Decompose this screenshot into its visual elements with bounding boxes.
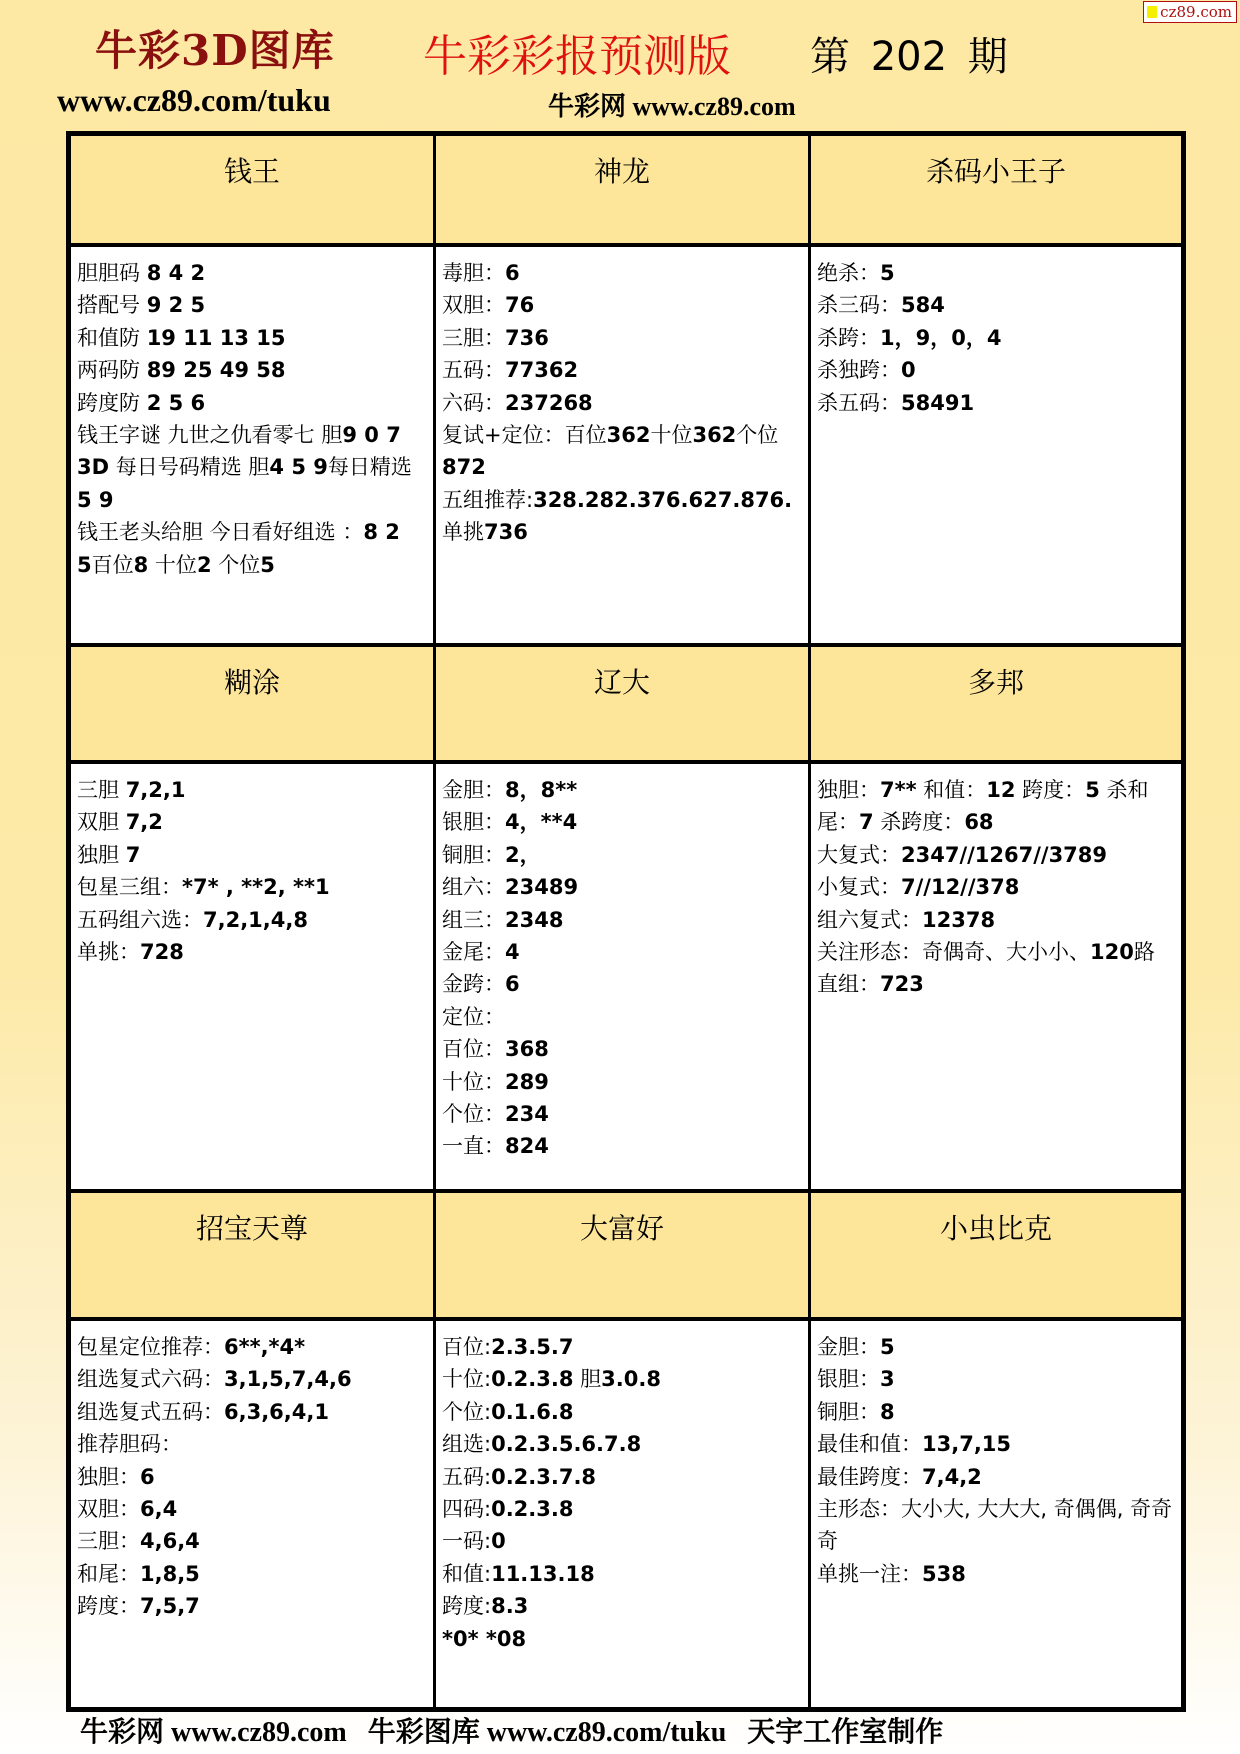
line-value: 12	[986, 778, 1015, 802]
brand-title: 牛彩3D图库	[95, 18, 335, 78]
line-value: 7//12//378	[901, 875, 1019, 899]
prediction-line: 最佳跨度：7,4,2	[817, 1461, 1175, 1493]
line-value: 2 5 6	[147, 391, 205, 415]
line-label: 双胆	[77, 810, 126, 834]
line-label: 单挑	[442, 520, 484, 544]
line-value: 6	[505, 972, 520, 996]
line-value: 76	[505, 293, 534, 317]
prediction-line: 三胆：4,6,4	[77, 1525, 427, 1557]
prediction-line: 搭配号 9 2 5	[77, 289, 427, 321]
line-label: 跨度：	[77, 1594, 140, 1618]
line-value: 584	[901, 293, 945, 317]
section-body: 三胆 7,2,1双胆 7,2独胆 7包星三组：*7* , **2, **1五码组…	[71, 764, 436, 1193]
prediction-line: 一直：824	[442, 1130, 802, 1162]
line-label: 大复式：	[817, 843, 901, 867]
line-value: 89 25 49 58	[147, 358, 286, 382]
prediction-line: 跨度防 2 5 6	[77, 387, 427, 419]
prediction-line: 和值:11.13.18	[442, 1558, 802, 1590]
line-label: 最佳跨度：	[817, 1465, 922, 1489]
prediction-line: 金尾：4	[442, 936, 802, 968]
line-value: 0.2.3.5.6.7.8	[491, 1432, 641, 1456]
line-value: 8，8**	[505, 778, 577, 802]
line-value: 2.3.5.7	[491, 1335, 573, 1359]
line-value: 23489	[505, 875, 578, 899]
line-label: 钱王字谜 九世之仇看零七 胆	[77, 423, 342, 447]
prediction-line: 包星定位推荐：6**,*4*	[77, 1331, 427, 1363]
prediction-line: 跨度:8.3	[442, 1590, 802, 1622]
section-header-zhaobaotianzun: 招宝天尊	[71, 1193, 436, 1321]
prediction-line: 单挑736	[442, 516, 802, 548]
line-value: 237268	[505, 391, 593, 415]
line-label: 小复式：	[817, 875, 901, 899]
line-label: 五码：	[442, 358, 505, 382]
line-value: *7* , **2, **1	[182, 875, 330, 899]
line-label: 直组：	[817, 972, 880, 996]
prediction-line: 单挑：728	[77, 936, 427, 968]
section-body: 金胆：5银胆：3铜胆：8最佳和值：13,7,15最佳跨度：7,4,2主形态：大小…	[811, 1321, 1181, 1707]
prediction-line: 最佳和值：13,7,15	[817, 1428, 1175, 1460]
line-label: 十位:	[442, 1367, 491, 1391]
line-label: 金跨：	[442, 972, 505, 996]
prediction-line: 五码：77362	[442, 354, 802, 386]
prediction-line: 组选:0.2.3.5.6.7.8	[442, 1428, 802, 1460]
line-label: 跨度:	[442, 1594, 491, 1618]
prediction-line: 包星三组：*7* , **2, **1	[77, 871, 427, 903]
section-body: 金胆：8，8**银胆：4，**4铜胆：2，组六：23489组三：2348金尾：4…	[436, 764, 811, 1193]
prediction-line: 十位：289	[442, 1066, 802, 1098]
line-label: 杀独跨：	[817, 358, 901, 382]
line-value: 68	[964, 810, 993, 834]
prediction-line: 推荐胆码：	[77, 1428, 427, 1460]
prediction-line: 杀独跨：0	[817, 354, 1175, 386]
line-label: 一码:	[442, 1529, 491, 1553]
line-value: 5	[1085, 778, 1100, 802]
section-body: 百位:2.3.5.7十位:0.2.3.8 胆3.0.8个位:0.1.6.8组选:…	[436, 1321, 811, 1707]
line-label: 奇	[817, 1529, 838, 1553]
line-value: 8 2	[363, 520, 400, 544]
line-value: 6**,*4*	[224, 1335, 305, 1359]
prediction-line: 铜胆：2，	[442, 839, 802, 871]
line-value: 5	[880, 1335, 895, 1359]
prediction-line: 三胆：736	[442, 322, 802, 354]
line-label: 双胆：	[442, 293, 505, 317]
tuku-url[interactable]: www.cz89.com/tuku	[57, 82, 331, 119]
line-value: 2，	[505, 843, 541, 867]
prediction-line: 独胆：7** 和值：12 跨度：5 杀和	[817, 774, 1175, 806]
line-label: 跨度防	[77, 391, 147, 415]
prediction-line: 百位:2.3.5.7	[442, 1331, 802, 1363]
site-url[interactable]: 牛彩网 www.cz89.com	[548, 86, 796, 123]
line-value: 538	[922, 1562, 966, 1586]
line-label: 推荐胆码：	[77, 1432, 182, 1456]
line-value: 5	[880, 261, 895, 285]
line-label: 复试+定位：百位	[442, 423, 607, 447]
line-label: 杀三码：	[817, 293, 901, 317]
line-value: 0	[491, 1529, 506, 1553]
line-value: 368	[505, 1037, 549, 1061]
prediction-line: 银胆：4，**4	[442, 806, 802, 838]
prediction-line: 个位：234	[442, 1098, 802, 1130]
line-value: 0.2.3.8	[491, 1367, 573, 1391]
prediction-line: 5 9	[77, 484, 427, 516]
line-value: 6,4	[140, 1497, 177, 1521]
line-label: 组六：	[442, 875, 505, 899]
footer-credits: 牛彩网 www.cz89.com 牛彩图库 www.cz89.com/tuku …	[80, 1710, 943, 1750]
line-label: 杀跨：	[817, 326, 880, 350]
line-label: 个位：	[442, 1102, 505, 1126]
line-value: 9 0 7	[342, 423, 400, 447]
line-label: 五码:	[442, 1465, 491, 1489]
section-header-shamaxiaowangzi: 杀码小王子	[811, 136, 1181, 247]
prediction-line: 跨度：7,5,7	[77, 1590, 427, 1622]
section-header-duobang: 多邦	[811, 647, 1181, 764]
line-label: 三胆：	[77, 1529, 140, 1553]
line-value: 2347//1267//3789	[901, 843, 1107, 867]
line-label: 跨度：	[1016, 778, 1086, 802]
line-label: 个位	[212, 553, 261, 577]
section-body: 独胆：7** 和值：12 跨度：5 杀和尾：7 杀跨度：68大复式：2347//…	[811, 764, 1181, 1193]
line-value: 7,2	[126, 810, 163, 834]
prediction-line: 关注形态：奇偶奇、大小小、120路	[817, 936, 1175, 968]
prediction-line: 钱王字谜 九世之仇看零七 胆9 0 7	[77, 419, 427, 451]
line-label: 主形态：大小大, 大大大, 奇偶偶, 奇奇	[817, 1497, 1172, 1521]
line-value: 3D	[77, 455, 109, 479]
line-label: 三胆：	[442, 326, 505, 350]
section-header-qianwang: 钱王	[71, 136, 436, 247]
section-header-dafuhao: 大富好	[436, 1193, 811, 1321]
line-label: 十位	[650, 423, 692, 447]
prediction-line: 杀三码：584	[817, 289, 1175, 321]
line-value: 4 5 9	[269, 455, 327, 479]
line-label: 银胆：	[817, 1367, 880, 1391]
line-value: 728	[140, 940, 184, 964]
line-label: 个位:	[442, 1400, 491, 1424]
prediction-line: 复试+定位：百位362十位362个位	[442, 419, 802, 451]
line-label: 银胆：	[442, 810, 505, 834]
line-label: 包星三组：	[77, 875, 182, 899]
line-label: 组选复式五码：	[77, 1400, 224, 1424]
prediction-line: 杀五码：58491	[817, 387, 1175, 419]
line-value: 7,4,2	[922, 1465, 982, 1489]
line-value: *0* *08	[442, 1627, 526, 1651]
line-value: 8.3	[491, 1594, 528, 1618]
section-body: 胆胆码 8 4 2搭配号 9 2 5和值防 19 11 13 15两码防 89 …	[71, 247, 436, 647]
line-label: 毒胆：	[442, 261, 505, 285]
line-label: 铜胆：	[442, 843, 505, 867]
section-header-xiaochongbike: 小虫比克	[811, 1193, 1181, 1321]
line-label: 杀五码：	[817, 391, 901, 415]
line-value: 6,3,6,4,1	[224, 1400, 329, 1424]
prediction-line: 两码防 89 25 49 58	[77, 354, 427, 386]
line-value: 2	[197, 553, 212, 577]
line-value: 0.2.3.8	[491, 1497, 573, 1521]
line-label: 每日精选	[328, 455, 412, 479]
prediction-line: 小复式：7//12//378	[817, 871, 1175, 903]
line-value: 736	[505, 326, 549, 350]
line-label: 和值：	[917, 778, 987, 802]
line-label: 十位：	[442, 1070, 505, 1094]
prediction-line: 金胆：5	[817, 1331, 1175, 1363]
prediction-line: 五组推荐:328.282.376.627.876.	[442, 484, 802, 516]
line-label: 六码：	[442, 391, 505, 415]
line-label: 两码防	[77, 358, 147, 382]
prediction-line: 双胆：6,4	[77, 1493, 427, 1525]
line-label: 五组推荐:	[442, 488, 533, 512]
line-label: 杀跨度：	[874, 810, 965, 834]
prediction-line: 绝杀：5	[817, 257, 1175, 289]
line-value: 1,8,5	[140, 1562, 200, 1586]
line-value: 328.282.376.627.876.	[533, 488, 792, 512]
prediction-line: 3D 每日号码精选 胆4 5 9每日精选	[77, 451, 427, 483]
prediction-line: 5百位8 十位2 个位5	[77, 549, 427, 581]
section-header-liaoda: 辽大	[436, 647, 811, 764]
line-value: 872	[442, 455, 486, 479]
line-value: 13,7,15	[922, 1432, 1011, 1456]
line-value: 58491	[901, 391, 974, 415]
line-label: 单挑一注：	[817, 1562, 922, 1586]
line-label: 最佳和值：	[817, 1432, 922, 1456]
prediction-line: 组三：2348	[442, 904, 802, 936]
line-label: 铜胆：	[817, 1400, 880, 1424]
line-value: 120	[1090, 940, 1134, 964]
line-label: 每日号码精选 胆	[109, 455, 269, 479]
line-label: 关注形态：奇偶奇、大小小、	[817, 940, 1090, 964]
page-header: 牛彩3D图库 www.cz89.com/tuku 牛彩彩报预测版 第 202 期…	[0, 0, 1240, 125]
prediction-line: 五码组六选：7,2,1,4,8	[77, 904, 427, 936]
prediction-line: 四码:0.2.3.8	[442, 1493, 802, 1525]
line-value: 736	[484, 520, 528, 544]
line-value: 289	[505, 1070, 549, 1094]
line-value: 9 2 5	[147, 293, 205, 317]
line-label: 独胆：	[817, 778, 880, 802]
prediction-line: 独胆：6	[77, 1461, 427, 1493]
prediction-line: 十位:0.2.3.8 胆3.0.8	[442, 1363, 802, 1395]
prediction-line: 组选复式五码：6,3,6,4,1	[77, 1396, 427, 1428]
line-value: 5	[77, 553, 92, 577]
line-value: 1，9，0，4	[880, 326, 1001, 350]
section-body: 毒胆：6双胆：76三胆：736五码：77362六码：237268复试+定位：百位…	[436, 247, 811, 647]
line-value: 4,6,4	[140, 1529, 200, 1553]
line-value: 3.0.8	[601, 1367, 661, 1391]
prediction-line: 杀跨：1，9，0，4	[817, 322, 1175, 354]
line-value: 3,1,5,7,4,6	[224, 1367, 352, 1391]
prediction-line: 和尾：1,8,5	[77, 1558, 427, 1590]
line-value: 7,2,1,4,8	[203, 908, 308, 932]
prediction-line: 双胆 7,2	[77, 806, 427, 838]
line-value: 2348	[505, 908, 563, 932]
line-value: 8 4 2	[147, 261, 205, 285]
line-label: 百位:	[442, 1335, 491, 1359]
line-label: 胆胆码	[77, 261, 147, 285]
prediction-line: 独胆 7	[77, 839, 427, 871]
line-value: 7,2,1	[126, 778, 186, 802]
prediction-line: 主形态：大小大, 大大大, 奇偶偶, 奇奇	[817, 1493, 1175, 1525]
line-value: 0	[901, 358, 916, 382]
line-value: 3	[880, 1367, 895, 1391]
line-value: 6	[140, 1465, 155, 1489]
line-label: 十位	[148, 553, 197, 577]
line-label: 金胆：	[817, 1335, 880, 1359]
prediction-line: 双胆：76	[442, 289, 802, 321]
prediction-line: 奇	[817, 1525, 1175, 1557]
line-value: 234	[505, 1102, 549, 1126]
line-label: 金尾：	[442, 940, 505, 964]
line-value: 77362	[505, 358, 578, 382]
line-value: 7	[859, 810, 874, 834]
line-label: 五码组六选：	[77, 908, 203, 932]
prediction-line: 组六复式：12378	[817, 904, 1175, 936]
line-label: 钱王老头给胆 今日看好组选 ：	[77, 520, 363, 544]
line-label: 四码:	[442, 1497, 491, 1521]
line-value: 0.1.6.8	[491, 1400, 573, 1424]
line-label: 杀和	[1100, 778, 1149, 802]
prediction-line: 组六：23489	[442, 871, 802, 903]
prediction-grid: 钱王 神龙 杀码小王子 胆胆码 8 4 2搭配号 9 2 5和值防 19 11 …	[66, 131, 1186, 1712]
prediction-line: 金跨：6	[442, 968, 802, 1000]
line-label: 一直：	[442, 1134, 505, 1158]
line-label: 路	[1134, 940, 1155, 964]
line-label: 包星定位推荐：	[77, 1335, 224, 1359]
prediction-line: 和值防 19 11 13 15	[77, 322, 427, 354]
line-label: 百位：	[442, 1037, 505, 1061]
line-value: 824	[505, 1134, 549, 1158]
line-label: 组选:	[442, 1432, 491, 1456]
prediction-line: 五码:0.2.3.7.8	[442, 1461, 802, 1493]
prediction-line: 银胆：3	[817, 1363, 1175, 1395]
prediction-line: 六码：237268	[442, 387, 802, 419]
line-label: 组六复式：	[817, 908, 922, 932]
prediction-line: 直组：723	[817, 968, 1175, 1000]
line-label: 尾：	[817, 810, 859, 834]
line-value: 19 11 13 15	[147, 326, 286, 350]
line-value: 5	[260, 553, 275, 577]
prediction-line: 毒胆：6	[442, 257, 802, 289]
line-value: 7,5,7	[140, 1594, 200, 1618]
line-value: 4	[505, 940, 520, 964]
prediction-line: 钱王老头给胆 今日看好组选 ：8 2	[77, 516, 427, 548]
line-value: 7**	[880, 778, 917, 802]
line-label: 定位：	[442, 1005, 505, 1029]
line-label: 组三：	[442, 908, 505, 932]
line-label: 百位	[92, 553, 134, 577]
line-label: 个位	[736, 423, 778, 447]
prediction-line: 定位：	[442, 1001, 802, 1033]
section-header-shenlong: 神龙	[436, 136, 811, 247]
prediction-line: *0* *08	[442, 1623, 802, 1655]
line-label: 和尾：	[77, 1562, 140, 1586]
line-value: 12378	[922, 908, 995, 932]
line-value: 8	[880, 1400, 895, 1424]
issue-number: 第 202 期	[810, 25, 1008, 82]
line-value: 4，**4	[505, 810, 577, 834]
line-label: 组选复式六码：	[77, 1367, 224, 1391]
section-header-hutu: 糊涂	[71, 647, 436, 764]
line-label: 单挑：	[77, 940, 140, 964]
line-label: 金胆：	[442, 778, 505, 802]
line-value: 8	[134, 553, 149, 577]
prediction-line: 金胆：8，8**	[442, 774, 802, 806]
prediction-line: 三胆 7,2,1	[77, 774, 427, 806]
prediction-line: 百位：368	[442, 1033, 802, 1065]
prediction-line: 872	[442, 451, 802, 483]
prediction-line: 尾：7 杀跨度：68	[817, 806, 1175, 838]
prediction-line: 胆胆码 8 4 2	[77, 257, 427, 289]
line-label: 独胆：	[77, 1465, 140, 1489]
line-label: 和值防	[77, 326, 147, 350]
prediction-line: 单挑一注：538	[817, 1558, 1175, 1590]
line-value: 5 9	[77, 488, 114, 512]
line-label: 双胆：	[77, 1497, 140, 1521]
line-value: 7	[126, 843, 141, 867]
line-value: 11.13.18	[491, 1562, 595, 1586]
line-value: 0.2.3.7.8	[491, 1465, 596, 1489]
edition-title: 牛彩彩报预测版	[423, 20, 731, 84]
line-value: 6	[505, 261, 520, 285]
line-label: 绝杀：	[817, 261, 880, 285]
prediction-line: 一码:0	[442, 1525, 802, 1557]
line-value: 723	[880, 972, 924, 996]
line-label: 三胆	[77, 778, 126, 802]
line-value: 362	[607, 423, 651, 447]
line-label: 搭配号	[77, 293, 147, 317]
line-label: 胆	[573, 1367, 601, 1391]
line-label: 和值:	[442, 1562, 491, 1586]
section-body: 绝杀：5杀三码：584杀跨：1，9，0，4杀独跨：0杀五码：58491	[811, 247, 1181, 647]
prediction-line: 铜胆：8	[817, 1396, 1175, 1428]
prediction-line: 组选复式六码：3,1,5,7,4,6	[77, 1363, 427, 1395]
section-body: 包星定位推荐：6**,*4*组选复式六码：3,1,5,7,4,6组选复式五码：6…	[71, 1321, 436, 1707]
prediction-line: 大复式：2347//1267//3789	[817, 839, 1175, 871]
prediction-line: 个位:0.1.6.8	[442, 1396, 802, 1428]
line-value: 362	[692, 423, 736, 447]
line-label: 独胆	[77, 843, 126, 867]
